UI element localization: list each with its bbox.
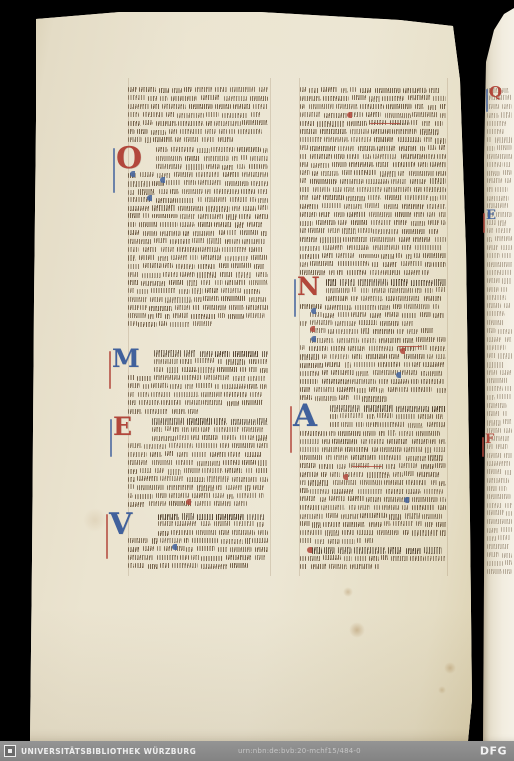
script-word [407,329,418,334]
script-word [487,510,504,515]
script-word [236,272,252,278]
script-word [258,359,268,364]
script-word [138,189,155,195]
script-word [182,427,189,432]
manuscript-text-line [152,425,268,433]
script-word [300,447,319,452]
script-word [163,263,173,268]
script-word [138,400,159,405]
script-word [428,105,437,110]
script-word [218,137,233,142]
script-word [160,476,183,481]
script-word [397,329,404,334]
script-word [156,147,168,152]
script-word [249,359,257,364]
script-word [128,87,137,92]
script-word [505,560,512,565]
script-word [225,256,249,261]
script-word [498,220,506,226]
script-word [391,379,409,384]
script-word [323,195,344,200]
script-word [411,221,425,226]
script-word [502,278,512,284]
manuscript-text-line [487,235,512,243]
script-word [237,493,257,498]
script-word [396,405,429,412]
script-word [347,154,359,159]
script-word [206,121,212,126]
script-word [158,256,169,261]
manuscript-text-line [487,377,512,385]
script-word [504,303,511,308]
script-word [498,329,512,334]
script-word [187,280,198,286]
script-word [152,418,185,425]
script-word [322,203,341,208]
script-word [333,480,357,485]
illuminated-initial: E [486,210,495,222]
script-word [176,264,195,269]
script-word [128,477,135,482]
script-word [404,354,425,359]
manuscript-text-line [326,295,446,303]
script-word [394,129,417,134]
manuscript-text-line [128,246,268,254]
script-word [360,513,387,518]
script-word [139,255,155,260]
script-word [380,170,396,176]
script-word [128,297,147,302]
script-word [353,261,369,266]
script-word [221,539,243,544]
script-word [341,514,359,519]
script-word [436,522,446,527]
script-word [378,305,390,310]
script-word [487,154,512,159]
script-word [437,388,446,393]
script-word [198,222,212,227]
illuminated-initial: Q [489,86,501,100]
script-word [361,296,383,302]
script-word [128,493,133,498]
script-word [377,146,395,151]
manuscript-text-line [128,86,268,94]
script-word [210,452,227,457]
script-word [241,155,247,160]
script-word [245,538,251,544]
script-word [180,129,203,134]
script-word [222,165,234,170]
manuscript-text-line [300,152,446,160]
script-word [230,547,252,552]
manuscript-text-line [300,94,446,102]
script-word [501,287,507,292]
script-word [143,112,163,117]
script-word [310,320,333,325]
script-word [204,375,230,380]
script-word [215,280,223,285]
script-word [404,447,423,452]
script-word [139,222,158,228]
script-word [152,214,178,219]
script-word [300,212,317,217]
script-word [300,145,308,150]
script-word [406,548,421,555]
script-word [373,370,398,376]
script-word [433,96,446,102]
manuscript-text-line [330,412,446,420]
script-word [369,439,385,444]
manuscript-text-line [128,254,268,262]
script-word [171,147,195,152]
script-word [188,409,198,414]
script-word [386,296,395,301]
paragraph-mark [186,499,191,505]
manuscript-text-line [128,492,268,500]
manuscript-text-line [156,163,268,171]
script-word [364,405,393,412]
script-word [328,329,335,334]
script-word [343,522,365,528]
manuscript-text-line [128,483,268,491]
script-word [310,489,329,494]
script-word [420,312,431,317]
script-word [325,530,339,536]
script-word [487,320,504,325]
script-word [322,378,349,383]
script-word [128,206,150,211]
script-word [174,172,193,177]
script-word [326,288,350,293]
manuscript-text-line [300,244,446,252]
manuscript-text-line [128,271,268,279]
script-word [253,104,268,109]
script-word [330,405,360,412]
manuscript-text-line [300,194,446,202]
script-word [487,121,506,126]
manuscript-text-line [128,94,268,102]
script-word [300,228,306,233]
script-word [226,485,242,490]
manuscript-text-line [487,401,512,409]
script-word [362,338,376,343]
script-word [143,546,154,551]
script-word [160,538,182,543]
script-word [425,288,433,293]
script-word [487,544,509,549]
script-word [168,469,181,475]
script-word [165,314,170,319]
manuscript-text-line [300,446,446,454]
manuscript-text-line [300,186,446,194]
script-word [338,431,361,436]
script-word [438,505,446,510]
script-word [373,229,399,234]
script-word [228,452,241,457]
manuscript-text-line [128,475,268,483]
script-word [432,313,443,318]
script-word [202,137,215,142]
script-word [487,187,493,192]
script-word [300,480,306,485]
manuscript-text-line [487,460,512,468]
paragraph-mark [307,547,312,553]
script-word [436,354,446,359]
script-word [149,306,172,311]
script-word [404,471,414,476]
script-word [388,288,413,293]
script-word [169,129,177,134]
manuscript-text-line [300,252,446,260]
script-word [152,205,175,211]
script-word [251,112,261,117]
manuscript-text-line [487,468,512,476]
script-word [128,129,135,134]
library-logo-icon [4,745,16,757]
script-word [431,480,437,485]
script-word [321,439,329,444]
manuscript-text-line [487,260,512,268]
script-word [166,112,175,117]
script-word [403,88,427,93]
script-word [487,420,501,426]
manuscript-text-line [128,111,268,119]
script-word [232,530,255,535]
script-word [190,255,198,260]
script-word [300,137,322,142]
script-word [312,195,321,200]
script-word [371,129,384,134]
script-word [433,304,439,309]
manuscript-text-line [487,186,512,194]
script-word [169,443,193,448]
manuscript-text-line [487,551,512,559]
script-word [242,172,268,178]
manuscript-text-line [487,567,512,575]
script-word [165,426,171,431]
script-word [158,531,169,536]
script-word [432,406,446,413]
manuscript-text-line [487,559,512,567]
script-word [410,556,424,561]
script-word [206,164,220,169]
manuscript-text-line [300,219,446,227]
script-word [325,362,341,367]
script-word [372,288,386,293]
script-word [351,455,376,460]
manuscript-text-line [487,385,512,393]
script-word [128,452,147,457]
script-word [487,228,493,233]
script-word [200,247,220,252]
script-word [370,313,382,318]
manuscript-text-line [128,312,268,320]
script-word [300,170,310,175]
script-word [251,255,267,260]
script-word [256,247,263,252]
script-word [430,196,438,201]
manuscript-text-line [128,382,268,390]
script-word [412,362,421,367]
script-word [191,555,200,560]
script-word [348,346,365,351]
script-word [391,279,408,286]
script-word [138,322,157,327]
script-word [240,367,246,372]
script-word [226,214,237,220]
script-word [261,164,268,169]
script-word [422,270,429,275]
manuscript-text-line [300,128,446,136]
script-word [197,272,217,278]
paragraph-mark [347,112,352,118]
manuscript-text-line [128,467,268,475]
script-word [197,148,210,153]
script-word [424,187,446,192]
script-word [347,270,366,275]
script-word [487,469,502,474]
script-word [425,556,446,561]
script-word [230,197,248,202]
script-word [415,104,424,109]
script-word [495,187,508,192]
script-word [346,195,365,200]
script-word [128,460,148,465]
script-word [219,129,227,134]
manuscript-text-line [128,204,268,212]
script-word [399,146,417,151]
manuscript-text-line [487,484,512,492]
script-word [505,503,512,508]
script-word [400,370,417,375]
script-word [180,214,195,219]
script-word [402,204,424,209]
script-word [128,280,139,285]
script-word [355,305,376,310]
script-word [232,206,241,211]
script-word [222,435,236,440]
script-word [412,497,438,502]
script-word [207,476,229,482]
script-word [439,481,446,486]
script-word [137,376,151,381]
script-word [251,181,268,186]
manuscript-text-line [487,227,512,235]
script-word [183,231,189,236]
script-word [362,396,387,402]
script-word [487,403,507,408]
script-word [487,104,499,109]
script-word [257,418,268,425]
script-word [496,228,511,233]
script-word [428,220,439,225]
script-word [225,280,246,285]
script-word [340,413,364,418]
script-word [309,104,334,109]
script-word [219,230,225,235]
script-word [395,212,411,217]
script-word [504,428,512,433]
script-word [350,237,367,242]
script-word [223,172,239,177]
script-word [224,392,247,397]
manuscript-text-line [300,86,446,94]
script-word [159,189,168,194]
script-word [162,104,186,109]
script-word [252,538,268,543]
script-word [225,239,231,244]
paragraph-mark [130,171,135,177]
script-word [350,564,372,569]
script-word [248,376,265,381]
script-word [402,245,412,250]
script-word [420,146,425,151]
script-word [322,446,343,451]
script-word [300,321,307,326]
script-word [128,321,137,326]
script-word [487,278,500,283]
script-word [220,443,229,448]
script-word [351,312,366,317]
urn-identifier-label: urn:nbn:de:bvb:20-mchf15/484-0 [238,747,361,755]
script-word [226,359,245,365]
script-word [505,470,512,475]
manuscript-text-line [487,294,512,302]
script-word [437,154,446,159]
script-word [424,137,432,142]
script-word [151,383,168,388]
script-word [310,179,337,184]
script-word [404,270,420,275]
script-word [330,414,338,419]
script-word [505,386,512,391]
script-word [300,203,318,208]
script-word [322,253,334,258]
script-word [152,436,176,441]
script-word [334,154,345,159]
script-word [217,367,238,372]
script-word [241,189,255,194]
script-word [309,88,319,93]
script-word [505,337,512,342]
script-word [332,439,357,444]
manuscript-text-line [128,212,268,220]
script-word [221,296,246,302]
script-word [166,180,181,185]
script-word [487,146,495,151]
script-word [347,121,367,126]
script-word [214,222,232,227]
script-word [300,129,317,134]
manuscript-text-line [487,526,512,534]
manuscript-text-line [128,221,268,229]
paragraph-mark [396,372,401,378]
script-word [205,197,227,202]
script-word [425,522,433,527]
manuscript-text-line [326,286,446,294]
parchment-stain [349,622,365,638]
paragraph-mark [310,326,315,332]
script-word [498,535,511,540]
script-word [172,563,198,568]
script-word [487,536,496,541]
script-word [231,263,251,268]
script-word [341,88,348,93]
paragraph-mark [147,195,152,201]
script-word [406,254,412,259]
script-word [358,505,370,510]
script-word [227,401,240,406]
